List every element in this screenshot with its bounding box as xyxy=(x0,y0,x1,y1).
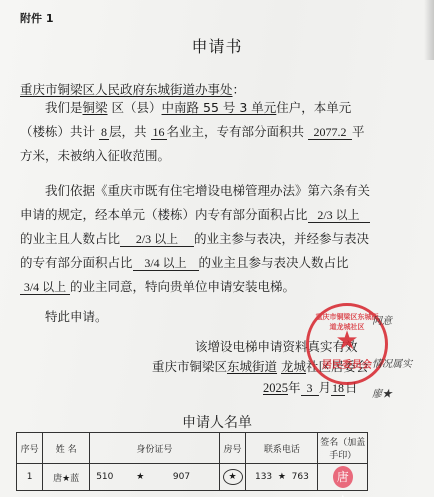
handwritten-note-1: 同意 xyxy=(372,312,392,327)
area-ratio-field: 2/3 以上 xyxy=(308,208,370,223)
col-signature: 签名（加盖手印） xyxy=(318,433,368,464)
applicant-list-title: 申请人名单 xyxy=(0,412,434,432)
cell-id-number: 510 ★ 907 xyxy=(90,464,219,491)
seal-star-icon: ★ xyxy=(309,326,385,356)
area-field: 2077.2 xyxy=(308,125,352,140)
floors-field: 8 xyxy=(99,125,109,140)
col-index: 序号 xyxy=(17,433,43,464)
col-phone: 联系电话 xyxy=(246,433,318,464)
paragraph-residence: 我们是铜梁 区（县）中南路 55 号 3 单元住户，本单元（楼栋）共计 8层，共… xyxy=(20,96,370,168)
col-name: 姓 名 xyxy=(43,433,90,464)
cell-name: 唐★蓝 xyxy=(43,464,90,491)
vote-area-ratio-field: 3/4 以上 xyxy=(133,256,199,271)
applicant-table: 序号 姓 名 身份证号 房号 联系电话 签名（加盖手印） 1 唐★蓝 510 ★… xyxy=(16,432,368,491)
cell-phone: 133 ★ 763 xyxy=(246,464,318,491)
addressee-name: 重庆市铜梁区人民政府东城街道办事处 xyxy=(20,82,233,97)
closing-text: 特此申请。 xyxy=(45,307,108,325)
district-field: 铜梁 xyxy=(83,100,108,115)
owners-field: 16 xyxy=(151,125,167,140)
fingerprint-stamp: 唐★蓝 xyxy=(333,466,353,488)
cell-signature: 唐★蓝 xyxy=(318,464,368,491)
date-year: 2025 xyxy=(263,381,288,395)
col-room: 房号 xyxy=(219,433,246,464)
handwritten-signature: 廖★ xyxy=(372,385,392,400)
date-month: 3 xyxy=(301,381,319,396)
col-id-number: 身份证号 xyxy=(90,433,219,464)
document-title: 申请书 xyxy=(0,34,434,57)
cell-index: 1 xyxy=(17,464,43,491)
cell-room: ★ xyxy=(219,464,246,491)
vote-owner-ratio-field: 3/4 以上 xyxy=(20,280,70,295)
table-header-row: 序号 姓 名 身份证号 房号 联系电话 签名（加盖手印） xyxy=(17,433,368,464)
owner-ratio-field: 2/3 以上 xyxy=(120,232,194,247)
scanned-document-page: 附件 1 申请书 重庆市铜梁区人民政府东城街道办事处： 我们是铜梁 区（县）中南… xyxy=(0,0,434,497)
address-field: 中南路 55 号 3 单元 xyxy=(162,100,277,115)
paragraph-basis: 我们依据《重庆市既有住宅增设电梯管理办法》第六条有关申请的规定，经本单元（楼栋）… xyxy=(20,179,370,299)
table-row: 1 唐★蓝 510 ★ 907 ★ 133 ★ 763 唐★蓝 xyxy=(17,464,368,491)
handwritten-note-2: 情况属实 xyxy=(372,355,412,370)
annex-label: 附件 1 xyxy=(20,10,53,26)
